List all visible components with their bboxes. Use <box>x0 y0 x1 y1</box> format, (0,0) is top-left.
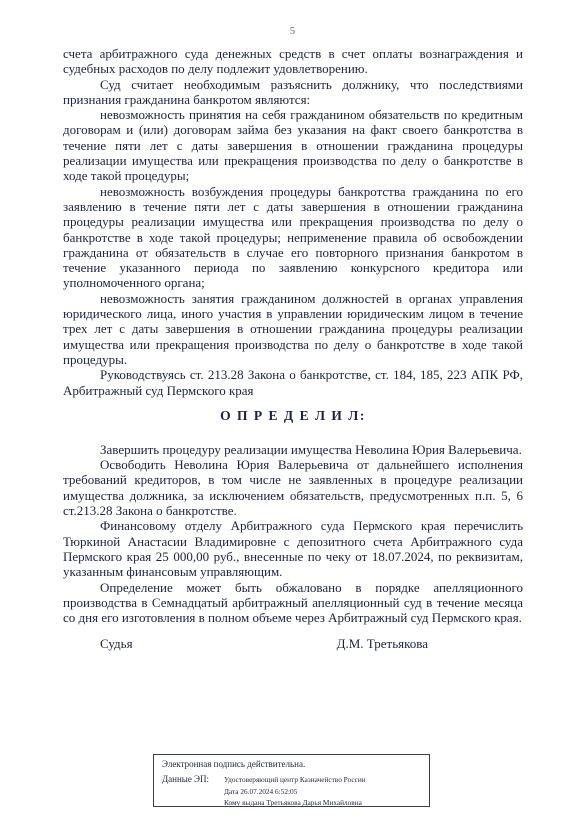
stamp-validity-text: Электронная подпись действительна. <box>162 759 421 770</box>
stamp-data-label: Данные ЭП: <box>162 774 216 809</box>
paragraph-consequence-bankruptcy-initiation: невозможность возбуждения процедуры банк… <box>63 184 523 291</box>
paragraph-continuation: счета арбитражного суда денежных средств… <box>63 46 523 77</box>
stamp-detail-authority: Удостоверяющий центр Казначейство России <box>224 774 366 786</box>
digital-signature-stamp: Электронная подпись действительна. Данны… <box>153 754 430 807</box>
paragraph-court-explains: Суд считает необходимым разъяснить должн… <box>63 77 523 108</box>
paragraph-resolution-appeal: Определение может быть обжаловано в поря… <box>63 580 523 626</box>
paragraph-resolution-release: Освободить Неволина Юрия Валерьевича от … <box>63 457 523 518</box>
paragraph-resolution-payment: Финансовому отделу Арбитражного суда Пер… <box>63 518 523 579</box>
paragraph-consequence-credit: невозможность принятия на себя гражданин… <box>63 107 523 183</box>
page-number: 5 <box>0 26 585 37</box>
court-ruling-page: 5 счета арбитражного суда денежных средс… <box>0 0 585 832</box>
paragraph-legal-basis: Руководствуясь ст. 213.28 Закона о банкр… <box>63 367 523 398</box>
document-body: счета арбитражного суда денежных средств… <box>63 46 523 652</box>
signature-row: Судья Д.М. Третьякова <box>63 636 523 651</box>
stamp-data-row: Данные ЭП: Удостоверяющий центр Казначей… <box>162 774 421 809</box>
paragraph-consequence-management: невозможность занятия гражданином должно… <box>63 291 523 367</box>
stamp-details: Удостоверяющий центр Казначейство России… <box>216 774 366 809</box>
stamp-detail-issued-to: Кому выдана Третьякова Дарья Михайловна <box>224 797 366 809</box>
stamp-detail-date: Дата 26.07.2024 6:52:05 <box>224 786 366 798</box>
ruling-heading: О П Р Е Д Е Л И Л: <box>63 408 523 424</box>
paragraph-resolution-complete: Завершить процедуру реализации имущества… <box>63 442 523 457</box>
judge-role-label: Судья <box>100 636 133 651</box>
judge-name: Д.М. Третьякова <box>337 636 428 651</box>
